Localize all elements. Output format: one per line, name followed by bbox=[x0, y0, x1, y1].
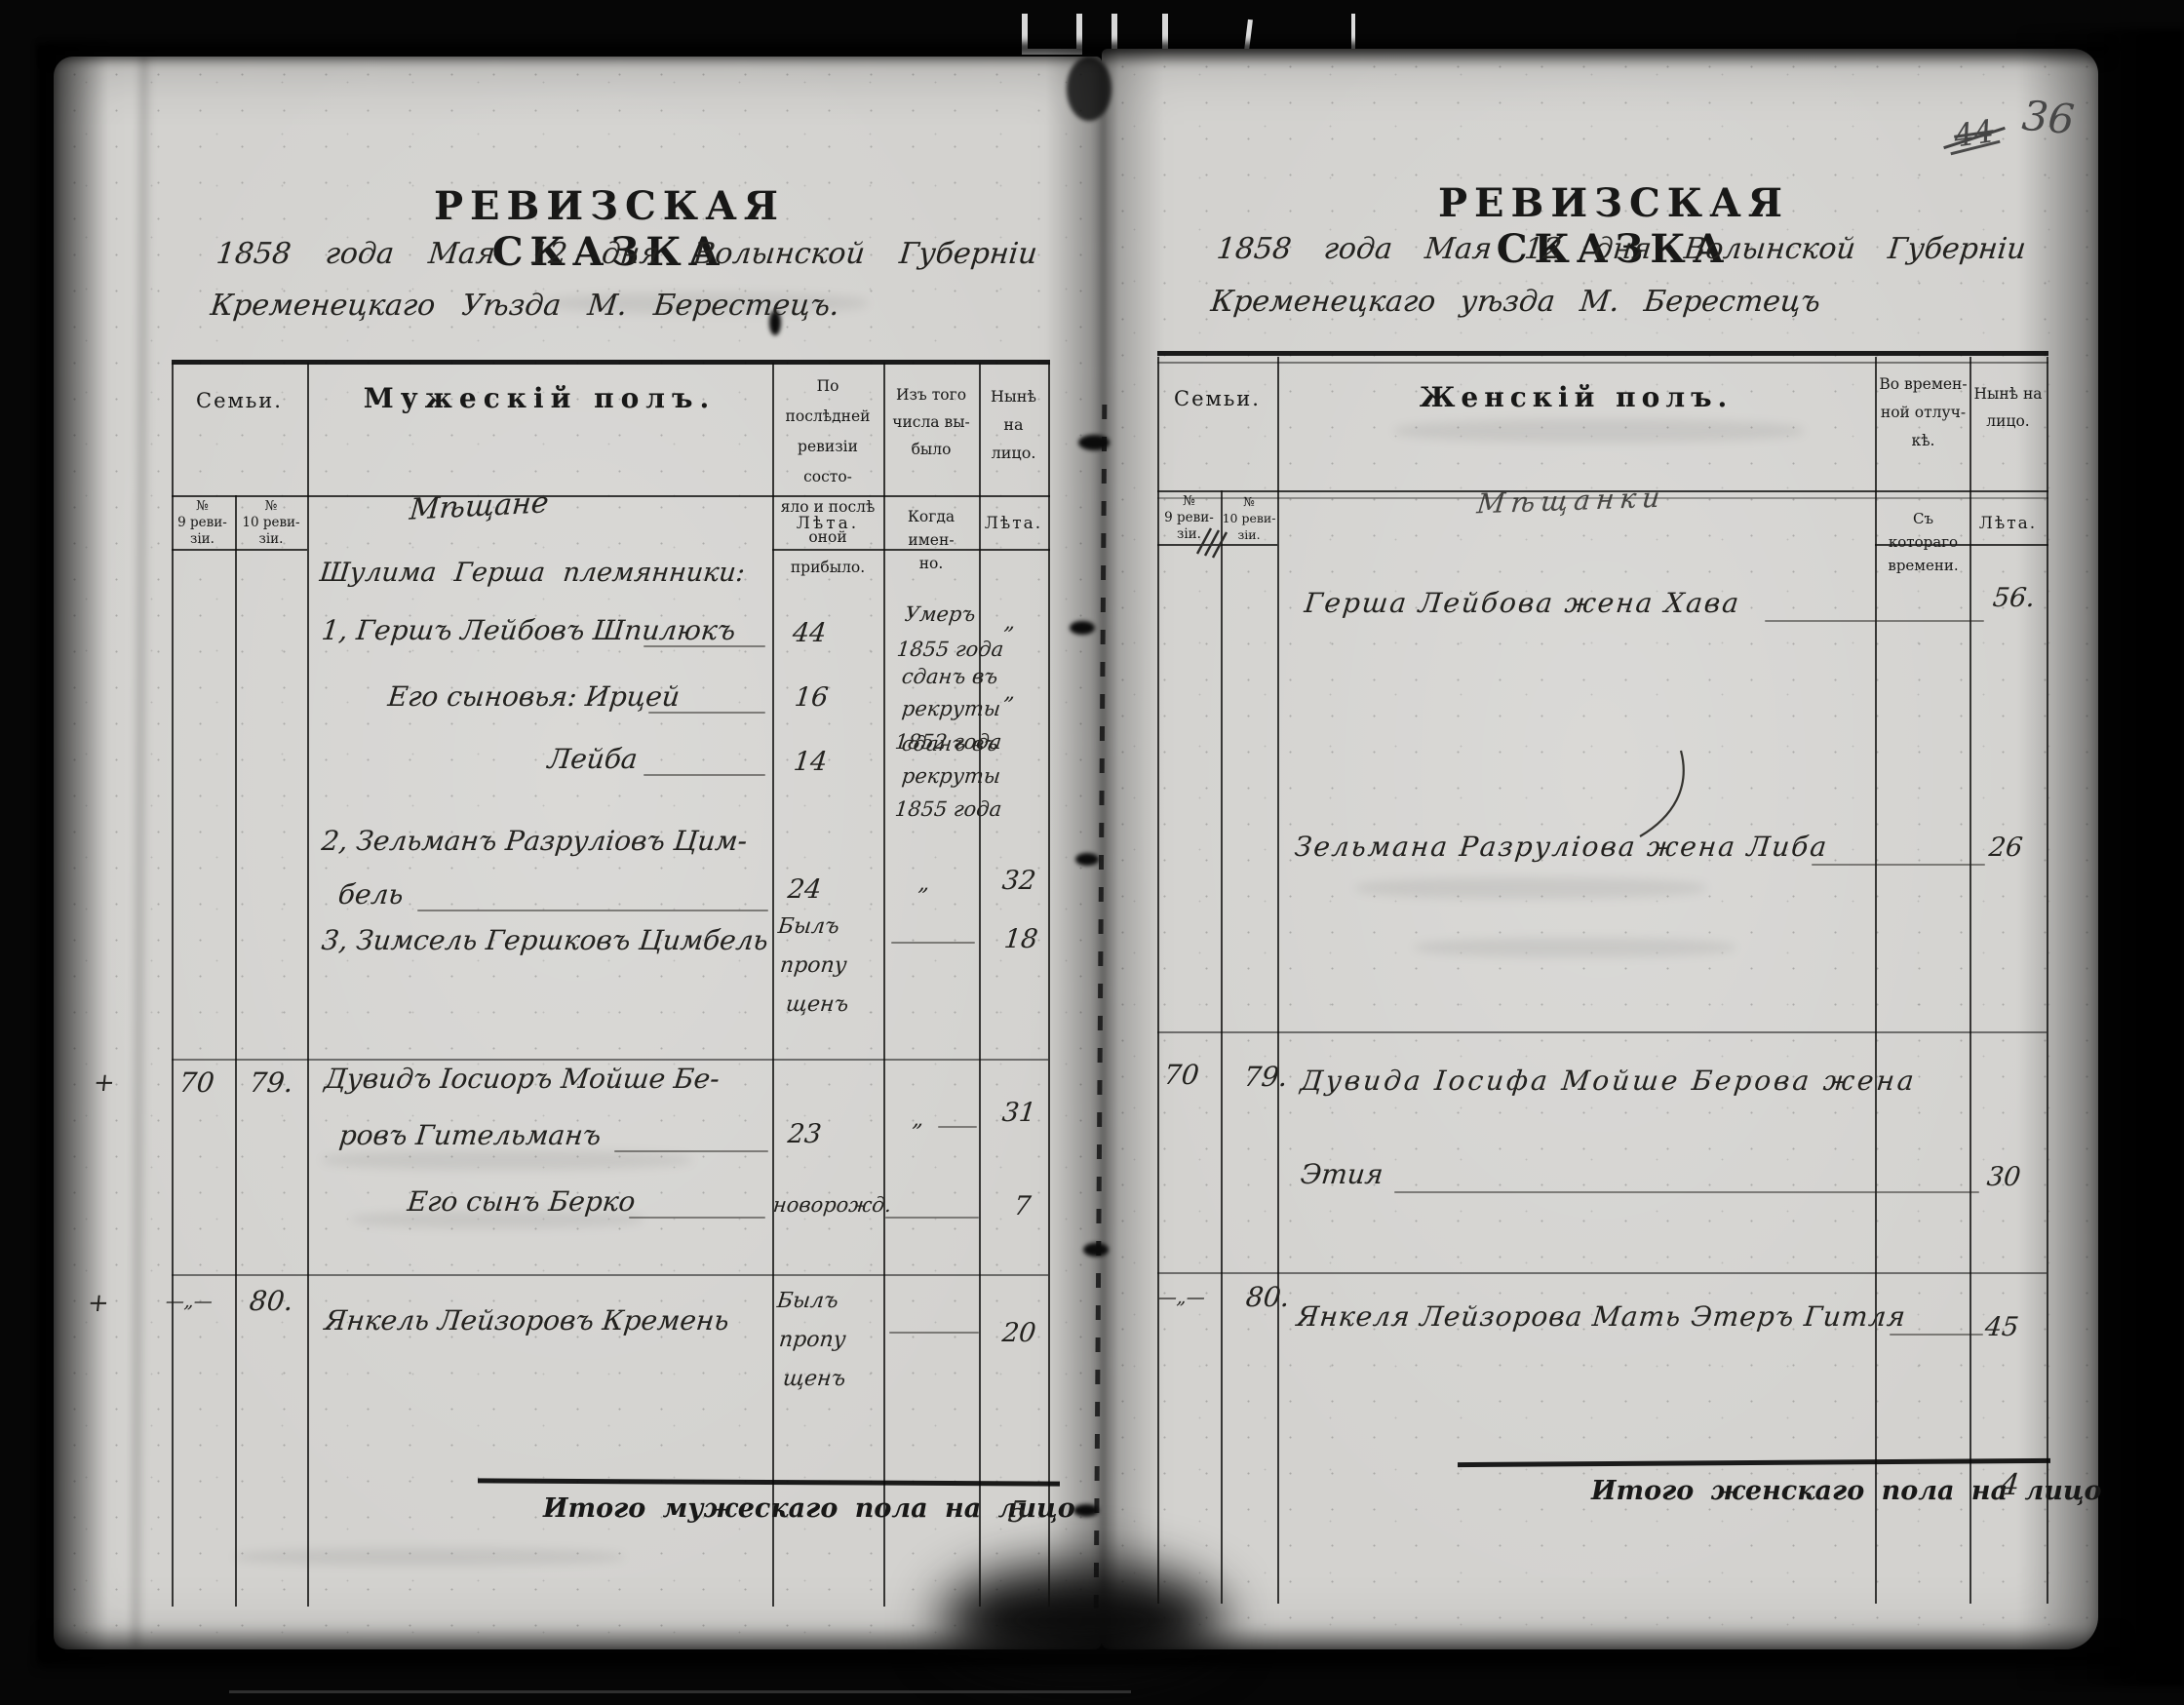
bleed-through bbox=[234, 1548, 624, 1566]
row-present: 31 bbox=[1000, 1098, 1037, 1128]
row-note: новорожд. bbox=[772, 1193, 893, 1217]
col-line: Нынѣ на bbox=[981, 382, 1046, 439]
col-line: кѣ. bbox=[1877, 427, 1969, 455]
table-line bbox=[172, 360, 1050, 365]
row-note: Былъ bbox=[776, 1289, 839, 1313]
row-note: щенъ bbox=[782, 1367, 847, 1391]
lower-sheet-edge-line bbox=[229, 1690, 1131, 1693]
col-line: № bbox=[1221, 493, 1277, 510]
dash-leader bbox=[885, 1217, 979, 1219]
col-line: Съ котораго bbox=[1877, 507, 1969, 554]
row-name-cont: ровъ Гительманъ bbox=[337, 1119, 603, 1151]
pen-flourish bbox=[1630, 749, 1689, 841]
spine-bottom-shadow bbox=[941, 1565, 1224, 1677]
film-registration-bracket-icon bbox=[1022, 14, 1082, 55]
row-when: сданъ въ bbox=[901, 732, 999, 756]
dash-leader bbox=[648, 712, 765, 714]
row-note: пропу bbox=[778, 1328, 847, 1352]
dash-leader bbox=[629, 1217, 765, 1219]
spine-stain bbox=[1070, 621, 1095, 635]
col-absent: Во времен- ной отлуч- кѣ. bbox=[1877, 370, 1969, 455]
table-line bbox=[235, 495, 237, 1607]
folio-number: 36 bbox=[2020, 92, 2077, 143]
col-rev9: № 9 реви- зіи. bbox=[172, 498, 233, 548]
table-line bbox=[307, 363, 309, 1607]
row-no10: 79. bbox=[248, 1066, 294, 1099]
section-separator bbox=[1157, 1272, 2047, 1274]
margin-mark: + bbox=[92, 1068, 116, 1098]
col-line: Во времен- bbox=[1877, 370, 1969, 399]
row-no9: 70 bbox=[1162, 1059, 1200, 1091]
table-line bbox=[172, 549, 307, 551]
col-line: было bbox=[885, 436, 977, 463]
col-male-sex: Мужескій полъ. bbox=[307, 382, 772, 414]
col-line: 10 реви- bbox=[235, 515, 307, 531]
row-present: 32 bbox=[1000, 866, 1037, 896]
col-line: ревизіи состо- bbox=[773, 432, 882, 492]
row-name: Его сынъ Берко bbox=[406, 1185, 637, 1218]
spine-stain bbox=[1075, 853, 1099, 866]
bleed-through bbox=[1414, 938, 1735, 957]
table-line bbox=[979, 363, 981, 1607]
section-heading: Шулима Герша племянники: bbox=[318, 558, 746, 588]
row-note: щенъ bbox=[785, 992, 850, 1017]
crossed-out-folio: 44 bbox=[1952, 112, 1997, 154]
col-line: числа вы- bbox=[885, 408, 977, 436]
film-tick-mark-icon bbox=[1244, 19, 1253, 51]
table-line bbox=[1277, 357, 1279, 1604]
row-no9: 70 bbox=[177, 1066, 215, 1099]
row-name: Герша Лейбова жена Хава bbox=[1303, 587, 1741, 619]
section-separator bbox=[172, 1059, 1048, 1061]
row-name: Лейба bbox=[546, 743, 639, 775]
table-line bbox=[172, 495, 1050, 497]
row-name: Дувидъ Іосиоръ Мойше Бе- bbox=[323, 1063, 721, 1095]
spine-stain bbox=[1083, 1243, 1109, 1257]
row-note: Былъ bbox=[777, 914, 840, 939]
row-years: 16 bbox=[793, 682, 830, 713]
col-line: № bbox=[235, 498, 307, 515]
col-families: Семьи. bbox=[1157, 387, 1277, 410]
col-line: Нынѣ на bbox=[1971, 380, 2045, 407]
table-line bbox=[1157, 362, 2048, 364]
dash-leader bbox=[643, 774, 765, 776]
dash-leader bbox=[614, 1150, 768, 1152]
row-when: 1855 года bbox=[894, 797, 1003, 821]
dash-leader bbox=[891, 942, 975, 944]
col-line: лицо. bbox=[1971, 407, 2045, 435]
row-present: 45 bbox=[1983, 1312, 2020, 1342]
dash-leader bbox=[889, 1332, 979, 1334]
row-when: рекруты bbox=[901, 697, 1002, 720]
row-when: сданъ въ bbox=[901, 665, 999, 688]
row-name: 3, Зимсель Гершковъ Цимбель bbox=[320, 924, 769, 956]
col-departed: Изъ того числа вы- было bbox=[885, 381, 977, 463]
col-present: Нынѣ на лицо. bbox=[1971, 380, 2045, 435]
col-last-revision: По послѣдней ревизіи состо- яло и послѣ … bbox=[773, 371, 882, 583]
row-years: 24 bbox=[786, 874, 823, 905]
table-line bbox=[2047, 357, 2048, 1604]
col-years2-sub: Лѣта. bbox=[979, 514, 1048, 533]
row-present: 56. bbox=[1991, 583, 2036, 613]
row-name: Дувида Іосифа Мойше Берова жена bbox=[1299, 1065, 1918, 1097]
table-line bbox=[1048, 363, 1050, 1607]
col-years-sub: Лѣта. bbox=[772, 514, 883, 533]
row-present: 26 bbox=[1987, 833, 2024, 863]
spine-stain bbox=[1073, 1504, 1099, 1517]
section-separator bbox=[172, 1274, 1048, 1276]
bleed-through bbox=[322, 1150, 692, 1170]
left-total-value: 5 bbox=[1006, 1495, 1029, 1530]
row-no10: 79. bbox=[1242, 1061, 1289, 1093]
row-present: 30 bbox=[1985, 1162, 2022, 1192]
col-line: лицо. bbox=[981, 439, 1046, 467]
col-since-sub: Съ котораго времени. bbox=[1877, 507, 1969, 577]
col-line: Когда имен- bbox=[885, 505, 977, 552]
right-place-line: Кременецкаго уѣзда М. Берестецъ bbox=[1209, 285, 1954, 319]
row-note: пропу bbox=[779, 953, 848, 978]
dash-leader bbox=[1812, 864, 1985, 866]
row-years: 14 bbox=[792, 747, 829, 777]
right-date-line: 1858 года Мая 12 дня Волынской Губерніи bbox=[1215, 232, 2057, 266]
row-name: 1, Гершъ Лейбовъ Шпилюкъ bbox=[320, 614, 737, 646]
row-no10: 80. bbox=[248, 1285, 294, 1317]
col-present: Нынѣ на лицо. bbox=[981, 382, 1046, 467]
row-years: 44 bbox=[791, 618, 828, 648]
microfilm-scan: РЕВИЗСКАЯ СКАЗКА 1858 года Мая 12 дня Во… bbox=[0, 0, 2184, 1705]
dash-leader bbox=[643, 645, 765, 647]
row-name: Зельмана Разруліова жена Либа bbox=[1293, 831, 1830, 863]
col-line: ной отлуч- bbox=[1877, 399, 1969, 427]
col-rev10: № 10 реви- зіи. bbox=[235, 498, 307, 548]
table-line bbox=[1221, 490, 1223, 1604]
left-date-line: 1858 года Мая 12 дня Волынской Губерніи bbox=[214, 237, 1057, 271]
col-when-sub: Когда имен- но. bbox=[885, 505, 977, 575]
row-no10: 80. bbox=[1244, 1281, 1291, 1313]
row-name: Его сыновья: Ирцей bbox=[386, 680, 681, 713]
spine-stain bbox=[1067, 57, 1111, 121]
col-line: По послѣдней bbox=[773, 371, 882, 432]
section-separator bbox=[1157, 1031, 2047, 1033]
estate-heading: Мѣщанки bbox=[1475, 482, 1667, 521]
row-name: 2, Зельманъ Разруліовъ Цим- bbox=[320, 825, 749, 857]
row-when: рекруты bbox=[901, 764, 1002, 788]
row-present: 7 bbox=[1012, 1191, 1032, 1221]
right-total-value: 4 bbox=[1999, 1468, 2021, 1502]
col-line: но. bbox=[885, 552, 977, 575]
row-name: Янкеля Лейзорова Мать Этеръ Гитля bbox=[1295, 1300, 1907, 1333]
bleed-through bbox=[1355, 877, 1706, 899]
col-female-sex: Женскій полъ. bbox=[1277, 381, 1875, 413]
col-line: 9 реви- bbox=[172, 515, 233, 531]
col-line: времени. bbox=[1877, 554, 1969, 577]
row-name-cont: бель bbox=[336, 878, 405, 911]
row-present: 18 bbox=[1002, 924, 1039, 954]
dash-leader bbox=[417, 910, 768, 911]
dash-leader bbox=[1890, 1334, 1983, 1336]
row-present: 20 bbox=[1000, 1318, 1037, 1348]
col-line: № bbox=[1157, 493, 1221, 510]
row-when: 1855 года bbox=[896, 638, 1005, 661]
dash-leader bbox=[938, 1126, 977, 1128]
triple-slash-mark bbox=[1191, 524, 1230, 562]
table-line bbox=[1157, 357, 1159, 1604]
col-line: зіи. bbox=[172, 531, 233, 548]
dash-leader bbox=[1765, 620, 1984, 622]
col-line: № bbox=[172, 498, 233, 515]
right-total-label: Итого женскаго пола на лицо bbox=[1591, 1476, 2102, 1506]
left-total-label: Итого мужескаго пола на лицо bbox=[543, 1493, 1075, 1524]
table-line bbox=[1969, 357, 1971, 1604]
left-place-line: Кременецкаго Уѣзда М. Берестецъ. bbox=[209, 289, 1012, 323]
table-line bbox=[1157, 351, 2048, 356]
row-no9: —„— bbox=[1157, 1287, 1206, 1308]
row-years: 23 bbox=[786, 1119, 823, 1149]
spine-stain bbox=[1078, 435, 1110, 450]
row-name: Янкель Лейзоровъ Кремень bbox=[323, 1304, 730, 1337]
row-name-cont: Этия bbox=[1299, 1158, 1384, 1190]
bleed-through bbox=[1394, 419, 1804, 443]
dash-leader bbox=[1394, 1191, 1979, 1193]
row-no9: —„— bbox=[165, 1291, 214, 1312]
col-line: зіи. bbox=[235, 531, 307, 548]
col-line: Изъ того bbox=[885, 381, 977, 408]
row-when: Умеръ bbox=[904, 602, 977, 626]
table-line bbox=[172, 363, 174, 1607]
col-families: Семьи. bbox=[172, 389, 307, 412]
margin-mark: + bbox=[86, 1289, 110, 1318]
col-years-sub: Лѣта. bbox=[1971, 514, 2045, 533]
